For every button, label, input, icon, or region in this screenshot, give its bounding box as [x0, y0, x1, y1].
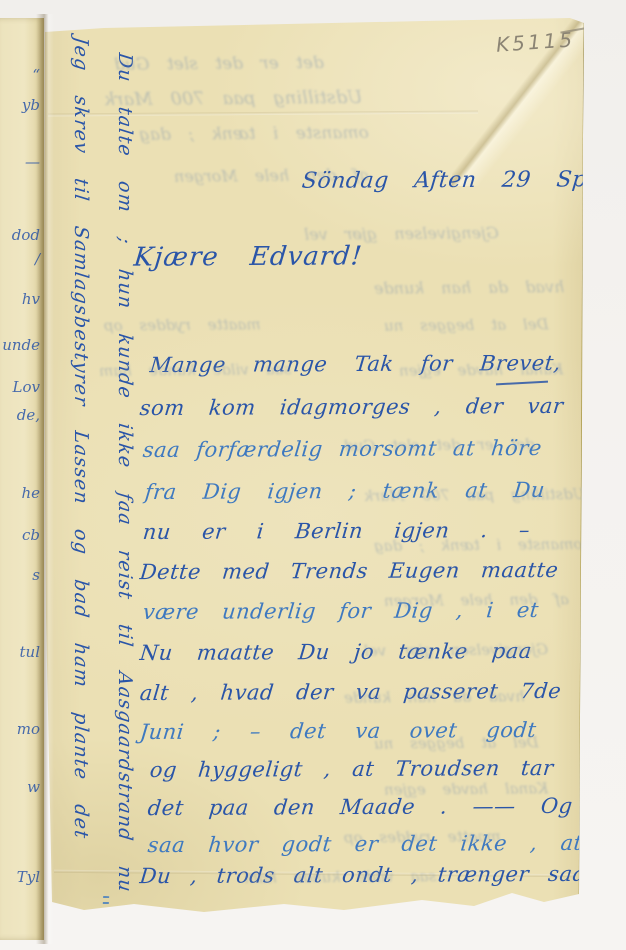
bleedthrough-line: Kanal havde egjen: [384, 779, 548, 798]
handwriting-line: det paa den Maade . —— Og: [147, 794, 574, 820]
bleedthrough-line: omanste i tænk ; dag: [139, 123, 369, 145]
margin-note-outer: Jeg skrev til Samlagsbestyrer Lassen og …: [70, 36, 92, 938]
salutation: Kjære Edvard!: [132, 241, 363, 272]
underline-mark: [496, 381, 548, 386]
wavy-underline-mark: [101, 896, 109, 942]
bleedthrough-line: af den hele Morgen: [174, 165, 369, 186]
letter-scan: “yb—dod/hvundeLovde,hecbstulmowTyl K5115…: [0, 0, 626, 950]
bleedthrough-line: maatte ryddes op: [104, 315, 261, 334]
handwriting-line: Dette med Trends Eugen maatte: [139, 558, 560, 584]
bleedthrough-line: det er det slet Gud: [114, 53, 324, 75]
bleedthrough-line: af den hele Morgen: [384, 590, 569, 610]
bleedthrough-line: hvad da han kunde: [344, 687, 525, 707]
bleedthrough-line: maatte ryddes op: [344, 827, 501, 846]
bleedthrough-line: Udstilling paa 700 Mark: [104, 87, 363, 110]
bleedthrough-line: omanste i tænk ; dag: [374, 535, 583, 555]
horizontal-crease: [48, 110, 478, 116]
bleedthrough-line: saa vilde kunde ham: [99, 360, 291, 380]
page-fold-gutter: [36, 14, 54, 944]
bleedthrough-line: saa vilde kunde ham: [244, 867, 436, 887]
bleedthrough-line: hvad da han kunde: [374, 277, 564, 298]
facing-page-fragment: unde: [2, 336, 40, 354]
margin-note-inner: Du talte om ; hun kunde ikke faa reist t…: [114, 52, 136, 950]
bleedthrough-line: det er det slet Gud: [344, 435, 535, 455]
bleedthrough-line: Del at begges nu: [374, 733, 539, 752]
handwriting-line: som kom idagmorges , der var: [139, 394, 565, 420]
handwriting-line: og hyggeligt , at Troudsen tar: [149, 756, 555, 782]
bleedthrough-line: Del at begges nu: [384, 315, 549, 334]
letter-page: K5115 det er det slet GudUdstilling paa …: [44, 16, 585, 922]
bleedthrough-line: Udstilling paa 700 Mark: [364, 485, 586, 505]
bleedthrough-line: Gjengivelsen gjør vel: [304, 223, 499, 244]
bleedthrough-line: Gjengivelsen gjør vel: [364, 640, 548, 660]
bleedthrough-line: Kanal havde egjen: [399, 360, 563, 379]
